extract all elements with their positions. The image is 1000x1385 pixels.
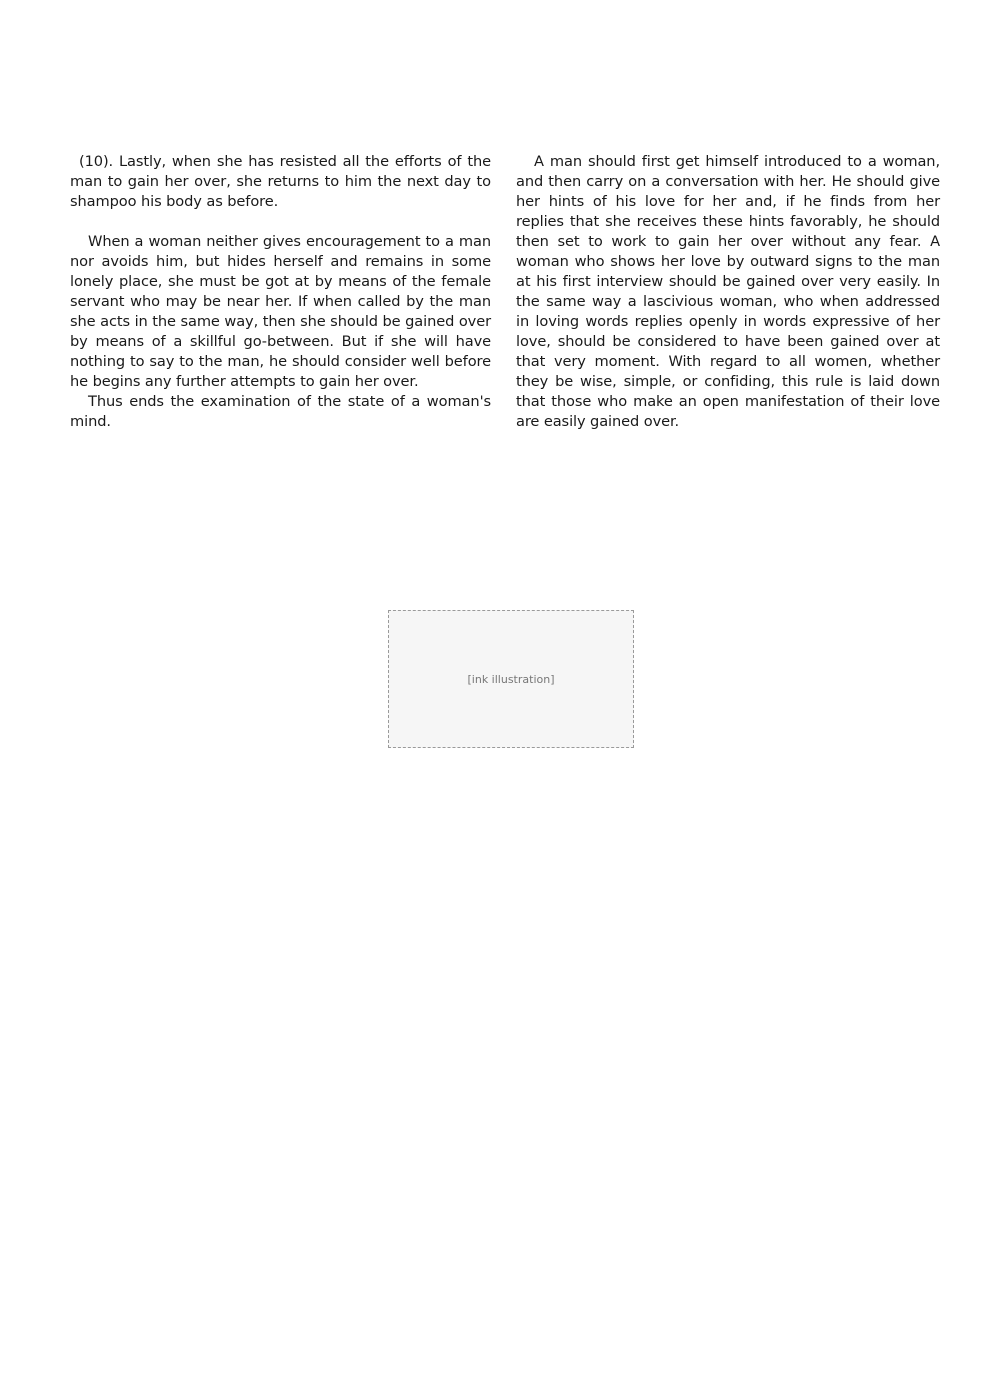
left-text-column: (10). Lastly, when she has resisted all …	[70, 152, 491, 432]
paragraph-numbered-10: (10). Lastly, when she has resisted all …	[70, 152, 491, 212]
illustration-label: [ink illustration]	[458, 673, 565, 686]
right-text-column: A man should first get himself introduce…	[516, 152, 940, 432]
paragraph-introduction: A man should first get himself introduce…	[516, 152, 940, 432]
illustration-placeholder: [ink illustration]	[388, 610, 634, 748]
book-page: (10). Lastly, when she has resisted all …	[0, 0, 1000, 1385]
paragraph-hiding-woman: When a woman neither gives encouragement…	[70, 232, 491, 392]
paragraph-section-end: Thus ends the examination of the state o…	[70, 392, 491, 432]
